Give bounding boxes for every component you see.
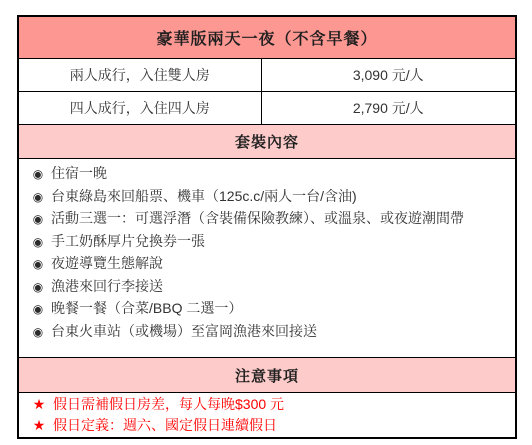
fisheye-bullet-icon: ◉ [31, 299, 45, 321]
package-item: ◉漁港來回行李接送 [31, 276, 507, 299]
notes-cell: ★假日需補假日房差，每人每晚$300 元 ★假日定義：週六、國定假日連續假日 [18, 393, 516, 439]
package-item: ◉台東火車站（或機場）至富岡漁港來回接送 [31, 321, 507, 344]
star-icon: ★ [31, 394, 47, 415]
package-item: ◉手工奶酥厚片兌換券一張 [31, 231, 507, 254]
price-value: 3,090 元/人 [261, 59, 516, 92]
package-title: 豪華版兩天一夜（不含早餐） [18, 16, 516, 59]
price-option-label: 兩人成行，入住雙人房 [18, 59, 261, 92]
package-table: 豪華版兩天一夜（不含早餐） 兩人成行，入住雙人房 3,090 元/人 四人成行，… [17, 15, 517, 439]
fisheye-bullet-icon: ◉ [31, 322, 45, 344]
package-item-text: 台東綠島來回船票、機車（125c.c/兩人一台/含油) [51, 188, 357, 204]
package-item: ◉台東綠島來回船票、機車（125c.c/兩人一台/含油) [31, 186, 507, 209]
note-text: 假日需補假日房差，每人每晚$300 元 [53, 396, 284, 412]
fisheye-bullet-icon: ◉ [31, 209, 45, 231]
package-content-row: ◉住宿一晚 ◉台東綠島來回船票、機車（125c.c/兩人一台/含油) ◉活動三選… [18, 159, 516, 358]
section-header-notes: 注意事項 [18, 358, 516, 393]
notes-header-row: 注意事項 [18, 358, 516, 393]
package-item-text: 活動三選一：可選浮潛（含裝備保險教練）、或溫泉、或夜遊潮間帶 [51, 210, 464, 226]
fisheye-bullet-icon: ◉ [31, 277, 45, 299]
package-item-text: 晚餐一餐（合菜/BBQ 二選一） [51, 300, 242, 316]
fisheye-bullet-icon: ◉ [31, 187, 45, 209]
price-value: 2,790 元/人 [261, 92, 516, 125]
star-icon: ★ [31, 415, 47, 436]
package-item-text: 漁港來回行李接送 [51, 278, 163, 294]
package-item-text: 台東火車站（或機場）至富岡漁港來回接送 [51, 323, 317, 339]
package-item: ◉晚餐一餐（合菜/BBQ 二選一） [31, 298, 507, 321]
fisheye-bullet-icon: ◉ [31, 232, 45, 254]
note-item: ★假日需補假日房差，每人每晚$300 元 [31, 394, 507, 415]
price-row-double: 兩人成行，入住雙人房 3,090 元/人 [18, 59, 516, 92]
fisheye-bullet-icon: ◉ [31, 254, 45, 276]
package-content-cell: ◉住宿一晚 ◉台東綠島來回船票、機車（125c.c/兩人一台/含油) ◉活動三選… [18, 159, 516, 358]
page: 豪華版兩天一夜（不含早餐） 兩人成行，入住雙人房 3,090 元/人 四人成行，… [0, 0, 532, 445]
price-row-quad: 四人成行，入住四人房 2,790 元/人 [18, 92, 516, 125]
title-row: 豪華版兩天一夜（不含早餐） [18, 16, 516, 59]
package-item-text: 手工奶酥厚片兌換券一張 [51, 233, 205, 249]
note-item: ★假日定義：週六、國定假日連續假日 [31, 415, 507, 436]
package-item: ◉住宿一晚 [31, 163, 507, 186]
package-content-header-row: 套裝內容 [18, 125, 516, 159]
package-item: ◉夜遊導覽生態解說 [31, 253, 507, 276]
package-item: ◉活動三選一：可選浮潛（含裝備保險教練）、或溫泉、或夜遊潮間帶 [31, 208, 507, 231]
section-header-package-content: 套裝內容 [18, 125, 516, 159]
note-text: 假日定義：週六、國定假日連續假日 [53, 417, 277, 433]
package-item-text: 住宿一晚 [51, 165, 107, 181]
notes-row: ★假日需補假日房差，每人每晚$300 元 ★假日定義：週六、國定假日連續假日 [18, 393, 516, 439]
price-option-label: 四人成行，入住四人房 [18, 92, 261, 125]
package-item-text: 夜遊導覽生態解說 [51, 255, 163, 271]
fisheye-bullet-icon: ◉ [31, 164, 45, 186]
